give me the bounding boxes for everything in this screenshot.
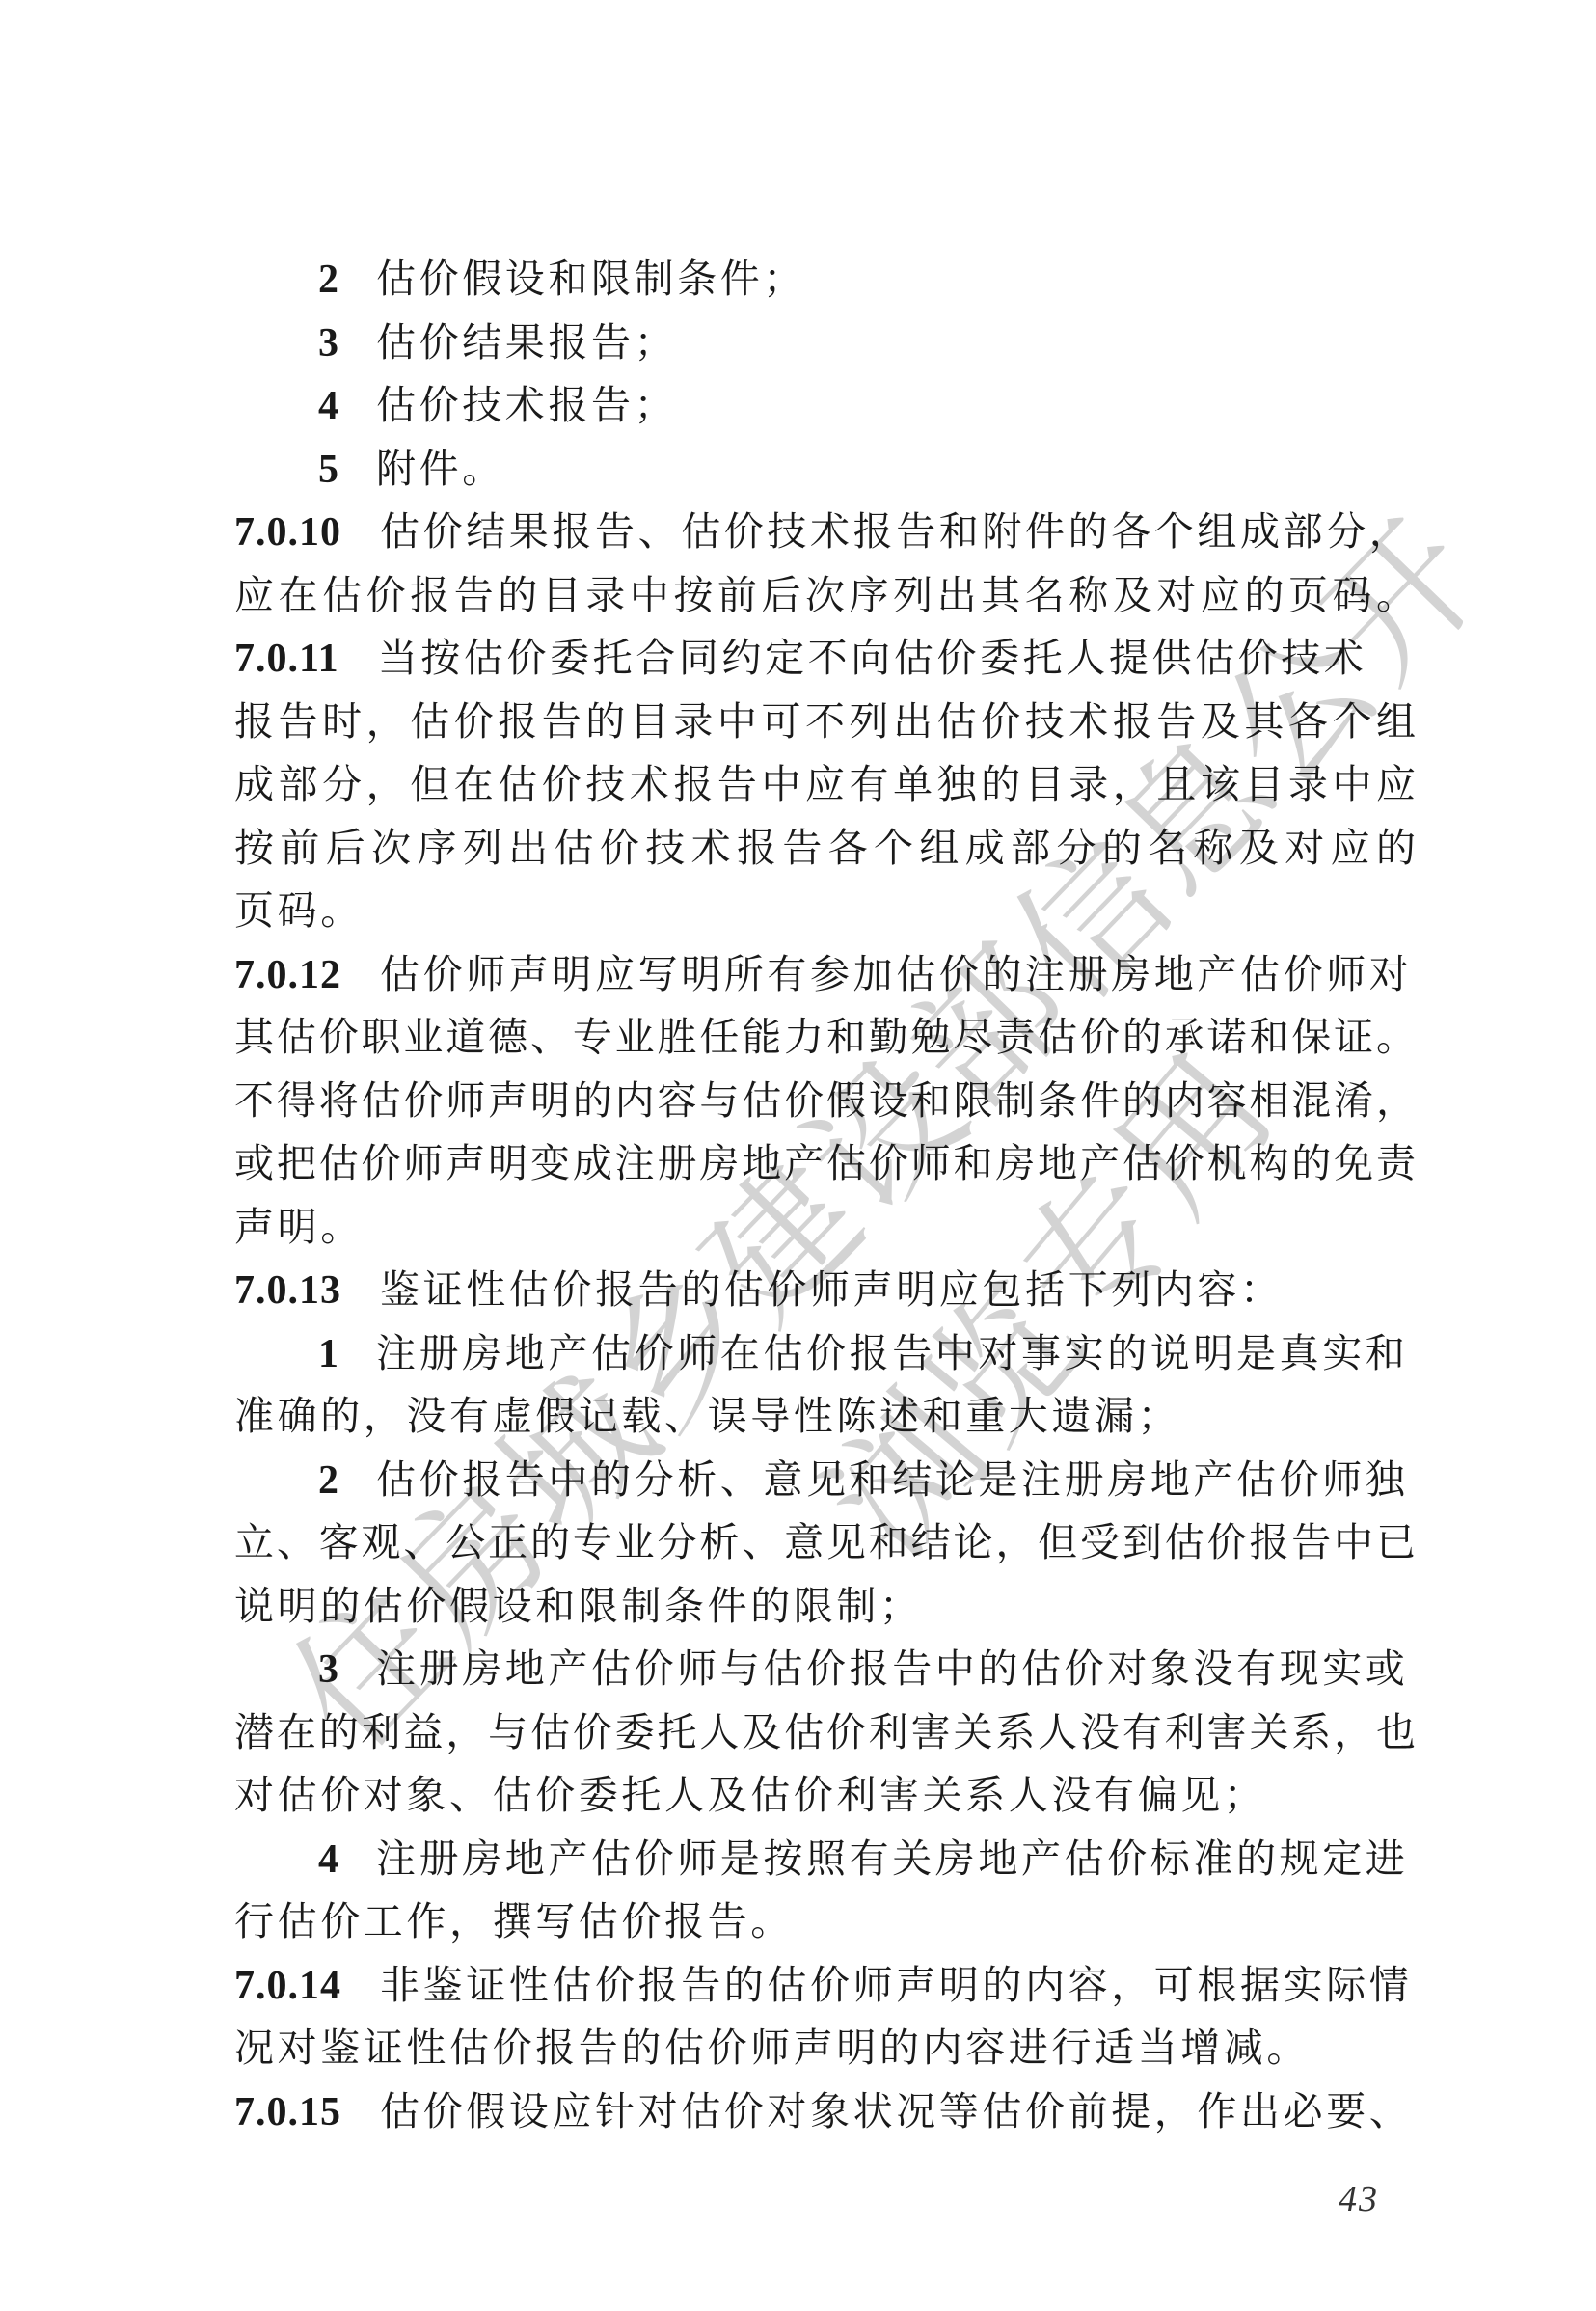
item-number: 2 [318,248,376,312]
paragraph-line: 或把估价师声明变成注册房地产估价师和房地产估价机构的免责 [234,1131,1416,1195]
clause-number: 7.0.12 [234,953,341,997]
paragraph-line: 潜在的利益，与估价委托人及估价利害关系人没有利害关系，也 [234,1700,1416,1764]
list-item: 2估价假设和限制条件； [234,247,1416,311]
paragraph-line: 按前后次序列出估价技术报告各个组成部分的名称及对应的 [234,816,1416,880]
item-number: 3 [318,312,376,375]
line-text: 当按估价委托合同约定不向估价委托人提供估价技术 [378,635,1367,681]
line-text: 或把估价师声明变成注册房地产估价师和房地产估价机构的免责 [234,1140,1416,1186]
clause-heading-line: 7.0.12估价师声明应写明所有参加估价的注册房地产估价师对 [234,942,1416,1006]
line-text: 其估价职业道德、专业胜任能力和勤勉尽责估价的承诺和保证。 [234,1014,1416,1060]
line-text: 估价技术报告； [376,382,677,428]
paragraph-line: 说明的估价假设和限制条件的限制； [234,1574,1416,1638]
list-item: 4注册房地产估价师是按照有关房地产估价标准的规定进 [234,1827,1416,1890]
paragraph-line: 页码。 [234,879,1416,942]
paragraph-line: 报告时，估价报告的目录中可不列出估价技术报告及其各个组 [234,690,1416,753]
list-item: 5附件。 [234,437,1416,501]
paragraph-line: 立、客观、公正的专业分析、意见和结论，但受到估价报告中已 [234,1510,1416,1574]
line-text: 注册房地产估价师与估价报告中的估价对象没有现实或 [376,1645,1408,1692]
line-text: 估价假设应针对估价对象状况等估价前提，作出必要、 [380,2088,1412,2134]
page-number: 43 [1339,2178,1379,2220]
line-text: 附件。 [376,446,505,492]
line-text: 说明的估价假设和限制条件的限制； [234,1583,923,1629]
paragraph-line: 声明。 [234,1195,1416,1259]
paragraph-line: 成部分，但在估价技术报告中应有单独的目录，且该目录中应 [234,752,1416,816]
paragraph-line: 行估价工作，撰写估价报告。 [234,1890,1416,1953]
line-text: 况对鉴证性估价报告的估价师声明的内容进行适当增减。 [234,2025,1310,2071]
line-text: 估价报告中的分析、意见和结论是注册房地产估价师独 [376,1456,1408,1503]
clause-number: 7.0.11 [234,637,339,681]
list-item: 2估价报告中的分析、意见和结论是注册房地产估价师独 [234,1448,1416,1511]
line-text: 报告时，估价报告的目录中可不列出估价技术报告及其各个组 [234,698,1416,745]
item-number: 3 [318,1638,376,1701]
paragraph-line: 况对鉴证性估价报告的估价师声明的内容进行适当增减。 [234,2016,1416,2080]
paragraph-line: 其估价职业道德、专业胜任能力和勤勉尽责估价的承诺和保证。 [234,1005,1416,1069]
line-text: 估价师声明应写明所有参加估价的注册房地产估价师对 [380,951,1412,997]
clause-heading-line: 7.0.14非鉴证性估价报告的估价师声明的内容，可根据实际情 [234,1953,1416,2017]
line-text: 按前后次序列出估价技术报告各个组成部分的名称及对应的 [234,825,1416,871]
clause-heading-line: 7.0.10估价结果报告、估价技术报告和附件的各个组成部分， [234,500,1416,563]
line-text: 估价结果报告； [376,319,677,366]
clause-number: 7.0.10 [234,510,341,555]
line-text: 立、客观、公正的专业分析、意见和结论，但受到估价报告中已 [234,1519,1416,1565]
item-number: 1 [318,1322,376,1386]
item-number: 4 [318,374,376,438]
line-text: 对估价对象、估价委托人及估价利害关系人没有偏见； [234,1772,1266,1818]
paragraph-line: 不得将估价师声明的内容与估价假设和限制条件的内容相混淆， [234,1069,1416,1132]
clause-number: 7.0.15 [234,2090,341,2134]
line-text: 非鉴证性估价报告的估价师声明的内容，可根据实际情 [380,1962,1412,2008]
line-text: 不得将估价师声明的内容与估价假设和限制条件的内容相混淆， [234,1077,1416,1124]
clause-number: 7.0.13 [234,1268,341,1313]
list-item: 3注册房地产估价师与估价报告中的估价对象没有现实或 [234,1637,1416,1700]
item-number: 4 [318,1828,376,1891]
line-text: 估价假设和限制条件； [376,256,806,302]
line-text: 页码。 [234,887,364,934]
line-text: 行估价工作，撰写估价报告。 [234,1898,794,1944]
line-text: 成部分，但在估价技术报告中应有单独的目录，且该目录中应 [234,761,1416,807]
paragraph-line: 对估价对象、估价委托人及估价利害关系人没有偏见； [234,1763,1416,1827]
item-number: 2 [318,1449,376,1512]
clause-heading-line: 7.0.15估价假设应针对估价对象状况等估价前提，作出必要、 [234,2080,1416,2143]
paragraph-line: 应在估价报告的目录中按前后次序列出其名称及对应的页码。 [234,563,1416,627]
line-text: 准确的，没有虚假记载、误导性陈述和重大遗漏； [234,1393,1180,1439]
list-item: 3估价结果报告； [234,311,1416,374]
item-number: 5 [318,438,376,502]
line-text: 声明。 [234,1204,364,1250]
line-text: 应在估价报告的目录中按前后次序列出其名称及对应的页码。 [234,572,1416,618]
clause-heading-line: 7.0.11当按估价委托合同约定不向估价委托人提供估价技术 [234,626,1416,690]
list-item: 1注册房地产估价师在估价报告中对事实的说明是真实和 [234,1321,1416,1385]
line-text: 鉴证性估价报告的估价师声明应包括下列内容： [380,1266,1284,1313]
list-item: 4估价技术报告； [234,373,1416,437]
line-text: 注册房地产估价师是按照有关房地产估价标准的规定进 [376,1835,1408,1882]
clause-number: 7.0.14 [234,1964,341,2008]
clause-heading-line: 7.0.13鉴证性估价报告的估价师声明应包括下列内容： [234,1258,1416,1321]
line-text: 估价结果报告、估价技术报告和附件的各个组成部分， [380,508,1412,555]
document-page: 住房城乡建设部信息公开 浏览专用 2估价假设和限制条件；3估价结果报告；4估价技… [0,0,1596,2311]
line-text: 注册房地产估价师在估价报告中对事实的说明是真实和 [376,1330,1408,1376]
line-text: 潜在的利益，与估价委托人及估价利害关系人没有利害关系，也 [234,1709,1416,1755]
paragraph-line: 准确的，没有虚假记载、误导性陈述和重大遗漏； [234,1384,1416,1448]
